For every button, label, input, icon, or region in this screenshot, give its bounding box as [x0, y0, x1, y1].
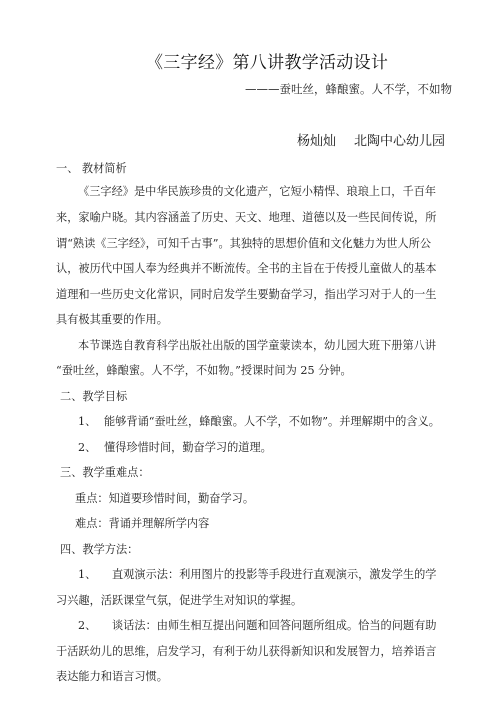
author-school: 北陶中心幼儿园 — [354, 134, 445, 149]
list-item-number: 1、 — [78, 413, 96, 429]
paragraph-line: 《三字经》是中华民族珍贵的文化遗产，它短小精悍、琅琅上口，千百年 — [78, 183, 436, 199]
list-item-number: 1、 — [78, 566, 96, 582]
paragraph-line: 谓“熟读《三字经》，可知千古事”。其独特的思想价值和文化魅力为世人所公 — [56, 235, 431, 251]
list-item-number: 2、 — [78, 617, 96, 633]
paragraph-line: 具有极其重要的作用。 — [56, 311, 168, 327]
section-heading-3: 三、教学重难点： — [60, 464, 150, 480]
paragraph-line: 道理和一些历史文化常识，同时启发学生要勤奋学习，指出学习对于人的一生 — [56, 286, 436, 302]
list-item-text: 懂得珍惜时间，勤奋学习的道理。 — [104, 439, 272, 455]
document-page: 《三字经》第八讲教学活动设计 ———蚕吐丝，蜂酿蜜。人不学，不如物 杨灿灿北陶中… — [0, 0, 496, 702]
list-item-text: 能够背诵“蚕吐丝，蜂酿蜜。人不学，不如物”。并理解期中的含义。 — [104, 413, 440, 429]
author-line: 杨灿灿北陶中心幼儿园 — [297, 130, 445, 149]
paragraph-line: “蚕吐丝，蜂酿蜜。人不学，不如物。”授课时间为 25 分钟。 — [56, 362, 352, 378]
paragraph-line: 本节课选自教育科学出版社出版的国学童蒙读本，幼儿园大班下册第八讲 — [78, 337, 436, 353]
difficult-point: 难点：背诵并理解所学内容 — [75, 515, 209, 531]
list-item-text: 习兴趣，活跃课堂气氛，促进学生对知识的掌握。 — [56, 592, 302, 608]
list-item-text: 表达能力和语言习惯。 — [56, 668, 168, 684]
paragraph-line: 认，被历代中国人奉为经典并不断流传。全书的主旨在于传授儿童做人的基本 — [56, 260, 436, 276]
section-heading-1: 一、 教材简析 — [56, 160, 127, 176]
key-point: 重点：知道要珍惜时间，勤奋学习。 — [75, 490, 254, 506]
list-item-text: 于活跃幼儿的思维，启发学习，有利于幼儿获得新知识和发展智力，培养语言 — [56, 643, 436, 659]
list-item-text: 谈话法：由师生相互提出问题和回答问题所组成。恰当的问题有助 — [112, 617, 436, 633]
document-title: 《三字经》第八讲教学活动设计 — [146, 48, 388, 73]
author-name: 杨灿灿 — [297, 134, 336, 149]
paragraph-line: 来，家喻户晓。其内容涵盖了历史、天文、地理、道德以及一些民间传说，所 — [56, 209, 436, 225]
document-subtitle: ———蚕吐丝，蜂酿蜜。人不学，不如物 — [245, 81, 452, 97]
list-item-text: 直观演示法：利用图片的投影等手段进行直观演示，激发学生的学 — [112, 566, 436, 582]
section-heading-2: 二、教学目标 — [60, 388, 127, 404]
list-item-number: 2、 — [78, 439, 96, 455]
section-heading-4: 四、教学方法： — [60, 541, 138, 557]
